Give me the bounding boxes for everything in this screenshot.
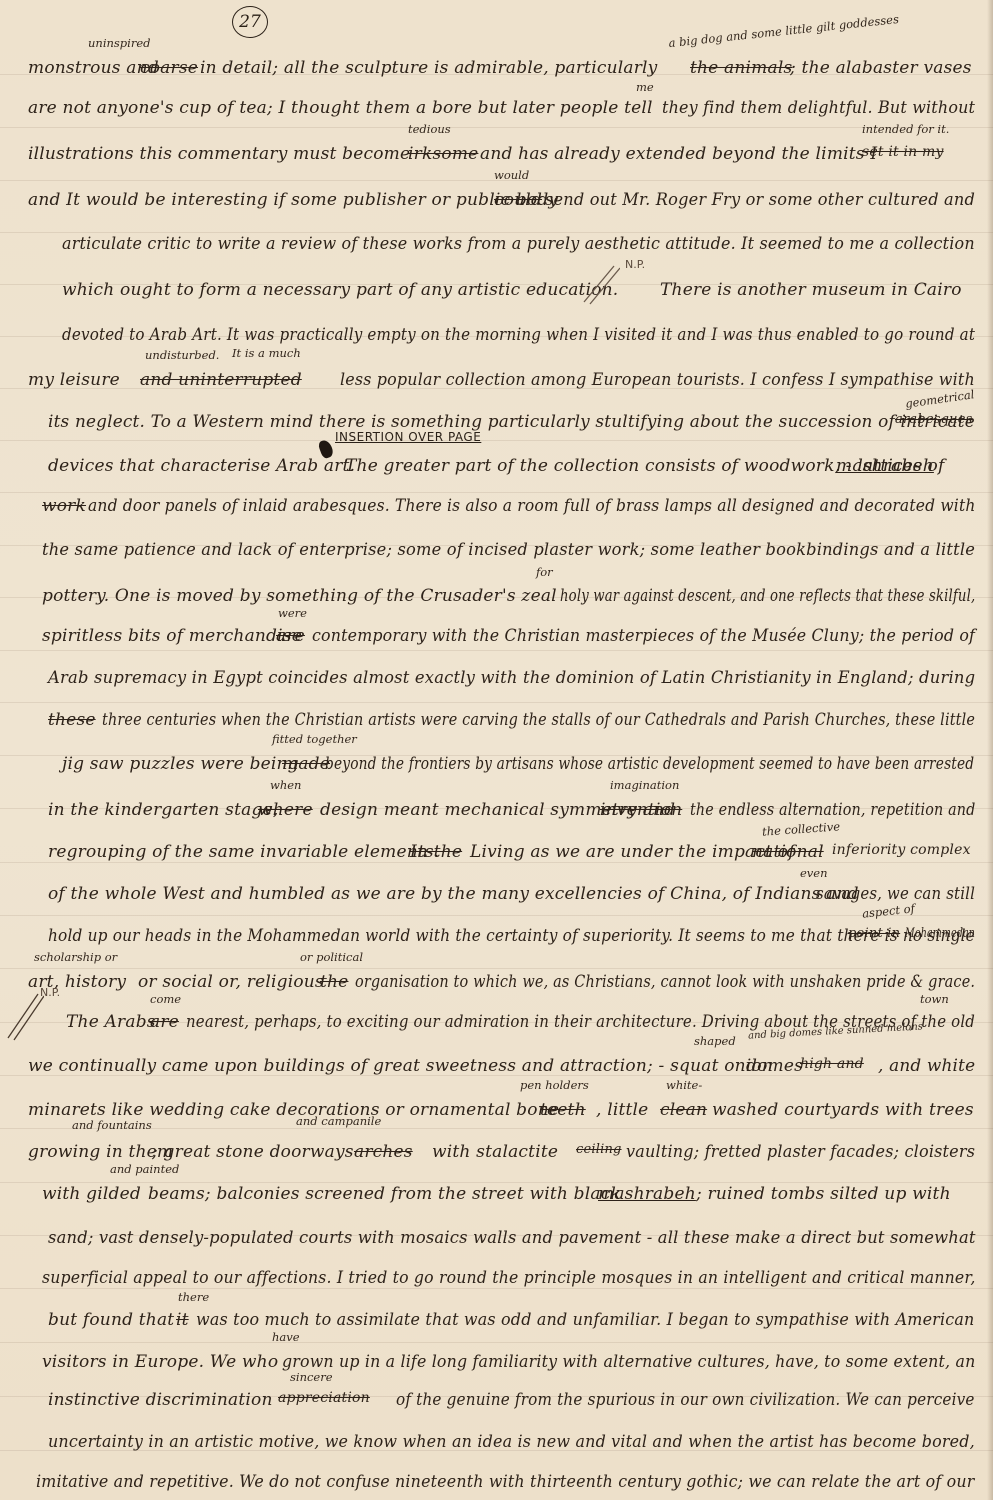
text-line: its neglect. To a Western mind there is …: [48, 412, 975, 432]
insertion: come: [150, 992, 181, 1006]
text-line: less popular collection among European t…: [340, 370, 975, 390]
text-line: uncertainty in an artistic motive, we kn…: [48, 1432, 975, 1452]
deletion: work: [42, 496, 86, 516]
insertion: uninspired: [88, 36, 151, 50]
ruled-line: [0, 1342, 993, 1343]
text-line: was too much to assimilate that was odd …: [196, 1310, 975, 1330]
text-line: beams; balconies screened from the stree…: [148, 1184, 621, 1204]
text-line: which ought to form a necessary part of …: [62, 280, 618, 300]
text-line: Arab supremacy in Egypt coincides almost…: [48, 668, 975, 688]
text-line: minarets like wedding cake decorations o…: [28, 1100, 559, 1120]
deletion: these: [48, 710, 96, 730]
text-line: spiritless bits of merchandise: [42, 626, 302, 646]
text-line: are not anyone's cup of tea; I thought t…: [28, 98, 653, 118]
text-line: in detail; all the sculpture is admirabl…: [200, 58, 657, 78]
text-line: ; great stone doorways: [152, 1142, 354, 1162]
underlined-word: mashrabeh: [598, 1184, 696, 1204]
deletion: arches: [354, 1142, 413, 1162]
np-mark: N.P.: [40, 986, 60, 999]
text-line: devices that characterise Arab art.: [48, 456, 355, 476]
text-line: we continually came upon buildings of gr…: [28, 1056, 773, 1076]
insertion: fitted together: [272, 732, 357, 746]
insertion: geometrical: [904, 387, 975, 411]
deletion: set it in my: [862, 144, 944, 160]
text-line: in the kindergarten stage,: [48, 800, 278, 820]
text-line: and It would be interesting if some publ…: [28, 190, 558, 210]
text-line: they find them delightful. But without: [662, 98, 975, 118]
insertion: or political: [300, 950, 363, 964]
insertion: and painted: [110, 1162, 179, 1176]
ruled-line: [0, 862, 993, 863]
deletion: teeth: [540, 1100, 586, 1120]
text-line: inferiority complex: [832, 842, 971, 858]
text-line: and door panels of inlaid arabesques. Th…: [88, 496, 976, 516]
deletion: high and: [800, 1056, 864, 1072]
deletion: the: [320, 972, 348, 992]
text-line: visitors in Europe. We who: [42, 1352, 278, 1372]
deletion: are: [276, 626, 305, 646]
deletion: where: [258, 800, 313, 820]
underlined-word: mashrabeh: [836, 456, 934, 476]
new-paragraph-slashes: [4, 992, 44, 1042]
text-line: Mohammedan: [905, 926, 975, 941]
text-line: instinctive discrimination: [48, 1390, 273, 1410]
deletion: national: [752, 842, 824, 862]
text-line: or social or, religious: [138, 972, 324, 992]
insertion: town: [920, 992, 949, 1006]
ruled-line: [0, 650, 993, 651]
text-line: the same patience and lack of enterprise…: [42, 540, 975, 560]
text-line: but found that: [48, 1310, 174, 1330]
text-line: the endless alternation, repetition and: [690, 800, 975, 820]
text-line: of the genuine from the spurious in our …: [396, 1390, 975, 1410]
manuscript-page: 27 monstrous and uninspired coarse in de…: [0, 0, 993, 1500]
text-line: with gilded: [42, 1184, 141, 1204]
text-line: sand; vast densely-populated courts with…: [48, 1228, 976, 1248]
deletion: are: [150, 1012, 179, 1032]
ruled-line: [0, 702, 993, 703]
text-line: jig saw puzzles were being: [62, 754, 299, 774]
insertion: pen holders: [520, 1078, 589, 1092]
insertion: and campanile: [296, 1114, 381, 1128]
text-line: send out Mr. Roger Fry or some other cul…: [545, 190, 975, 210]
deletion: made: [282, 754, 330, 774]
deletion: ceiling: [576, 1142, 622, 1157]
insertion: sincere: [290, 1370, 333, 1384]
ruled-line: [0, 492, 993, 493]
text-line: , little: [596, 1100, 648, 1120]
text-line: washed courtyards with trees: [712, 1100, 974, 1120]
np-mark: N.P.: [625, 258, 645, 271]
text-line: , and white: [878, 1056, 975, 1076]
deletion: appreciation: [278, 1390, 370, 1406]
insertion: me: [636, 80, 654, 94]
insertion: were: [278, 606, 307, 620]
text-line: imitative and repetitive. We do not conf…: [36, 1472, 975, 1492]
text-line: beyond the frontiers by artisans whose a…: [325, 754, 974, 774]
text-line: and has already extended beyond the limi…: [480, 144, 877, 164]
text-line: hold up our heads in the Mohammedan worl…: [48, 926, 975, 946]
deletion: coarse: [140, 58, 198, 78]
insertion: white-: [666, 1078, 702, 1092]
insertion: aspect of: [861, 901, 915, 920]
insertion: and fountains: [72, 1118, 152, 1132]
insertion: even: [800, 866, 828, 880]
deletion: it: [176, 1310, 189, 1330]
text-line: vaulting; fretted plaster facades; clois…: [626, 1142, 975, 1162]
text-line: ; the alabaster vases: [790, 58, 972, 78]
deletion: the animals: [690, 58, 792, 78]
deletion: In the: [410, 842, 462, 862]
insertion: have: [272, 1330, 300, 1344]
insertion: shaped: [694, 1034, 736, 1048]
text-line: Living as we are under the impact of: [470, 842, 795, 862]
text-line: holy war against descent, and one reflec…: [560, 586, 975, 606]
insertion: undisturbed.: [145, 348, 219, 362]
insertion: scholarship or: [34, 950, 117, 964]
insertion: a big dog and some little gilt goddesses: [668, 12, 900, 50]
deletion: could: [494, 190, 542, 210]
text-line: three centuries when the Christian artis…: [102, 710, 975, 730]
text-line: pottery. One is moved by something of th…: [42, 586, 557, 606]
ruled-line: [0, 1182, 993, 1183]
insertion: there: [178, 1290, 209, 1304]
text-line: organisation to which we, as Christians,…: [355, 972, 975, 992]
text-line: illustrations this commentary must becom…: [28, 144, 410, 164]
text-line: regrouping of the same invariable elemen…: [48, 842, 439, 862]
text-line: my leisure: [28, 370, 120, 390]
deletion: clean: [660, 1100, 707, 1120]
text-line: contemporary with the Christian masterpi…: [312, 626, 975, 646]
insertion: imagination: [610, 778, 679, 792]
insertion: would: [494, 168, 529, 182]
ruled-line: [0, 915, 993, 916]
text-line: devoted to Arab Art. It was practically …: [62, 325, 975, 345]
insertion: when: [270, 778, 301, 792]
deletion: point in: [848, 926, 900, 941]
deletion: and uninterrupted: [140, 370, 302, 390]
insertion: the collective: [762, 819, 841, 838]
insertion: tedious: [408, 122, 451, 136]
ruled-line: [0, 232, 993, 233]
text-line: grown up in a life long familiarity with…: [282, 1352, 975, 1372]
text-line: with stalactite: [432, 1142, 558, 1162]
insertion: for: [536, 565, 553, 579]
page-number: 27: [232, 6, 268, 38]
text-line: domes: [746, 1056, 803, 1076]
new-paragraph-slashes: [580, 262, 620, 306]
ruled-line: [0, 968, 993, 969]
insertion: intended for it.: [862, 122, 949, 136]
text-line: There is another museum in Cairo: [660, 280, 962, 300]
ruled-line: [0, 440, 993, 441]
text-line: ; ruined tombs silted up with: [696, 1184, 951, 1204]
text-line: of the whole West and humbled as we are …: [48, 884, 859, 904]
text-line: articulate critic to write a review of t…: [62, 234, 975, 254]
text-line: superficial appeal to our affections. I …: [42, 1268, 976, 1288]
deletion: invention: [600, 800, 682, 820]
ruled-line: [0, 127, 993, 128]
deletion: irksome: [408, 144, 478, 164]
text-line: The Arabs: [66, 1012, 156, 1032]
deletion: arabesques: [895, 412, 972, 427]
insertion: It is a much: [232, 346, 301, 360]
insertion-note: INSERTION OVER PAGE: [335, 430, 481, 444]
ruled-line: [0, 1288, 993, 1289]
text-line: savages, we can still: [816, 884, 975, 904]
